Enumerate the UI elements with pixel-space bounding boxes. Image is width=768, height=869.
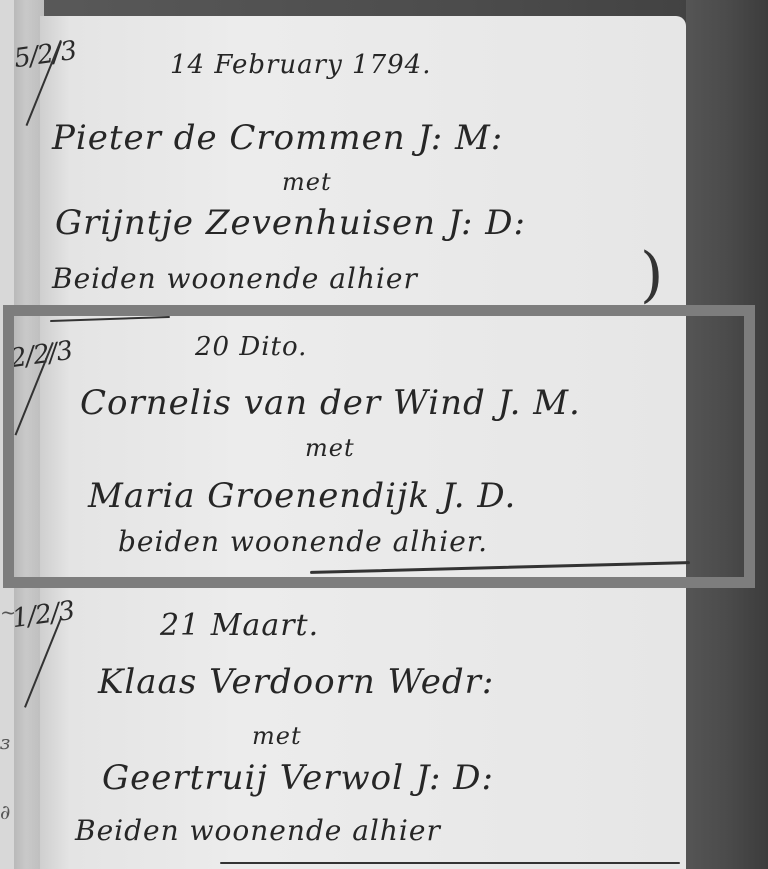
- facing-page-ink-fragment: ɜ: [0, 730, 10, 754]
- highlight-box: [3, 305, 755, 588]
- residence-note: Beiden woonende alhier: [75, 814, 441, 847]
- groom-name: Klaas Verdoorn Wedr:: [98, 662, 494, 702]
- residence-note: Beiden woonende alhier: [52, 262, 418, 295]
- entry-date: 21 Maart.: [160, 608, 319, 643]
- connector-met: met: [252, 722, 302, 750]
- bride-name: Geertruij Verwol J: D:: [102, 758, 494, 798]
- bride-name: Grijntje Zevenhuisen J: D:: [55, 203, 526, 243]
- separator-rule: [220, 862, 680, 864]
- facing-page-ink-fragment: ∂: [0, 800, 10, 824]
- connector-met: met: [282, 168, 332, 196]
- decorative-brace: ): [640, 240, 663, 310]
- entry-date: 14 February 1794.: [170, 50, 432, 80]
- groom-name: Pieter de Crommen J: M:: [52, 118, 503, 158]
